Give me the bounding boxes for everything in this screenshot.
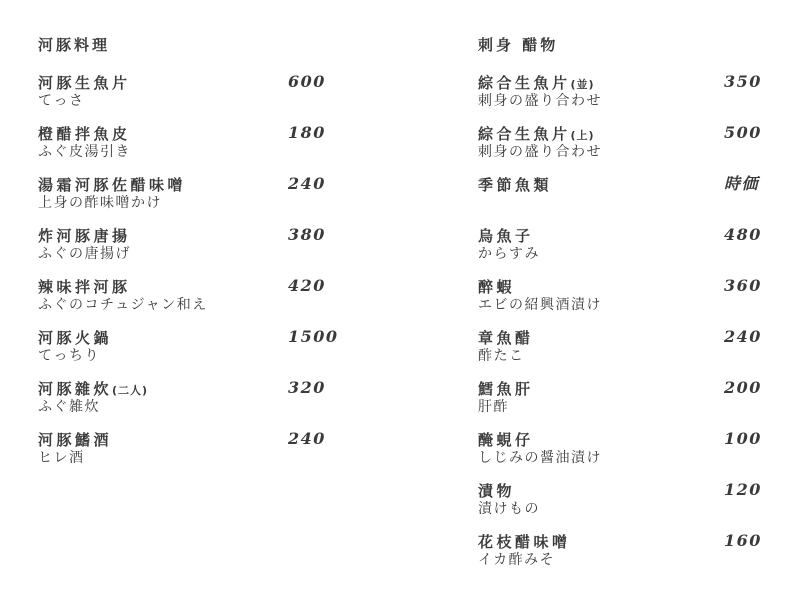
dish-price: 420 (288, 277, 326, 295)
dish-name-jp: てっさ (38, 92, 378, 110)
dish-price: 240 (288, 430, 326, 448)
dish-name-cn: 漬物 (478, 482, 515, 500)
dish-price: 180 (288, 124, 326, 142)
menu-column-fugu: 河豚料理 河豚生魚片600 てっさ 橙醋拌魚皮180 ふぐ皮湯引き 湯霜河豚佐醋… (38, 36, 378, 482)
dish-name-jp (478, 194, 788, 212)
menu-item: 綜合生魚片(並)350 刺身の盛り合わせ (478, 74, 788, 110)
dish-name-cn: 炸河豚唐揚 (38, 227, 131, 245)
dish-name-cn: 季節魚類 (478, 176, 552, 194)
dish-name-cn: 綜合生魚片 (478, 125, 571, 143)
menu-item: 烏魚子480 からすみ (478, 227, 788, 263)
dish-price: 200 (724, 379, 762, 397)
menu-item: 河豚雜炊(二人)320 ふぐ雑炊 (38, 380, 378, 416)
dish-name-jp: からすみ (478, 245, 788, 263)
dish-name-cn: 花枝醋味噌 (478, 533, 571, 551)
dish-name-jp: 肝酢 (478, 398, 788, 416)
dish-name-jp: ふぐの唐揚げ (38, 245, 378, 263)
dish-name-cn: 烏魚子 (478, 227, 534, 245)
dish-name-cn: 鱈魚肝 (478, 380, 534, 398)
section-header-fugu: 河豚料理 (38, 36, 378, 54)
menu-item: 醉蝦360 エビの紹興酒漬け (478, 278, 788, 314)
menu-item: 河豚火鍋1500 てっちり (38, 329, 378, 365)
dish-name-jp: イカ酢みそ (478, 551, 788, 569)
dish-price: 1500 (288, 328, 339, 346)
dish-name-cn: 章魚醋 (478, 329, 534, 347)
dish-name-jp: 刺身の盛り合わせ (478, 92, 788, 110)
menu-column-sashimi: 刺身 醋物 綜合生魚片(並)350 刺身の盛り合わせ 綜合生魚片(上)500 刺… (478, 36, 788, 584)
dish-price: 240 (724, 328, 762, 346)
dish-name-jp: エビの紹興酒漬け (478, 296, 788, 314)
dish-note: (並) (571, 78, 595, 91)
dish-name-cn: 醃蜆仔 (478, 431, 534, 449)
menu-page: 河豚料理 河豚生魚片600 てっさ 橙醋拌魚皮180 ふぐ皮湯引き 湯霜河豚佐醋… (0, 0, 800, 600)
dish-price: 320 (288, 379, 326, 397)
dish-price: 350 (724, 73, 762, 91)
dish-name-jp: てっちり (38, 347, 378, 365)
dish-price: 480 (724, 226, 762, 244)
dish-name-jp: しじみの醤油漬け (478, 449, 788, 467)
dish-note: (上) (571, 129, 595, 142)
dish-name-jp: 上身の酢味噌かけ (38, 194, 378, 212)
dish-name-cn: 河豚火鍋 (38, 329, 112, 347)
dish-name-cn: 橙醋拌魚皮 (38, 125, 131, 143)
menu-item: 綜合生魚片(上)500 刺身の盛り合わせ (478, 125, 788, 161)
dish-name-jp: ふぐ皮湯引き (38, 143, 378, 161)
menu-item: 漬物120 漬けもの (478, 482, 788, 518)
dish-price: 360 (724, 277, 762, 295)
dish-name-jp: ふぐ雑炊 (38, 398, 378, 416)
dish-price: 100 (724, 430, 762, 448)
dish-price: 120 (724, 481, 762, 499)
dish-name-cn: 河豚鰭酒 (38, 431, 112, 449)
menu-item: 醃蜆仔100 しじみの醤油漬け (478, 431, 788, 467)
dish-name-jp: ふぐのコチュジャン和え (38, 296, 378, 314)
dish-price: 160 (724, 532, 762, 550)
dish-name-jp: 漬けもの (478, 500, 788, 518)
menu-item: 辣味拌河豚420 ふぐのコチュジャン和え (38, 278, 378, 314)
menu-item: 章魚醋240 酢たこ (478, 329, 788, 365)
dish-price: 600 (288, 73, 326, 91)
dish-name-cn: 辣味拌河豚 (38, 278, 131, 296)
menu-item: 橙醋拌魚皮180 ふぐ皮湯引き (38, 125, 378, 161)
dish-name-jp: ヒレ酒 (38, 449, 378, 467)
menu-item: 河豚生魚片600 てっさ (38, 74, 378, 110)
menu-item: 季節魚類時価 (478, 176, 788, 212)
dish-note: (二人) (112, 384, 148, 397)
dish-name-cn: 醉蝦 (478, 278, 515, 296)
dish-price: 500 (724, 124, 762, 142)
dish-name-cn: 河豚生魚片 (38, 74, 131, 92)
dish-price-market: 時価 (724, 175, 759, 193)
dish-name-cn: 河豚雜炊 (38, 380, 112, 398)
section-header-sashimi: 刺身 醋物 (478, 36, 788, 54)
dish-name-cn: 湯霜河豚佐醋味噌 (38, 176, 186, 194)
menu-item: 花枝醋味噌160 イカ酢みそ (478, 533, 788, 569)
menu-item: 河豚鰭酒240 ヒレ酒 (38, 431, 378, 467)
dish-name-jp: 酢たこ (478, 347, 788, 365)
dish-price: 240 (288, 175, 326, 193)
menu-item: 炸河豚唐揚380 ふぐの唐揚げ (38, 227, 378, 263)
menu-item: 湯霜河豚佐醋味噌240 上身の酢味噌かけ (38, 176, 378, 212)
dish-name-jp: 刺身の盛り合わせ (478, 143, 788, 161)
menu-item: 鱈魚肝200 肝酢 (478, 380, 788, 416)
dish-price: 380 (288, 226, 326, 244)
dish-name-cn: 綜合生魚片 (478, 74, 571, 92)
